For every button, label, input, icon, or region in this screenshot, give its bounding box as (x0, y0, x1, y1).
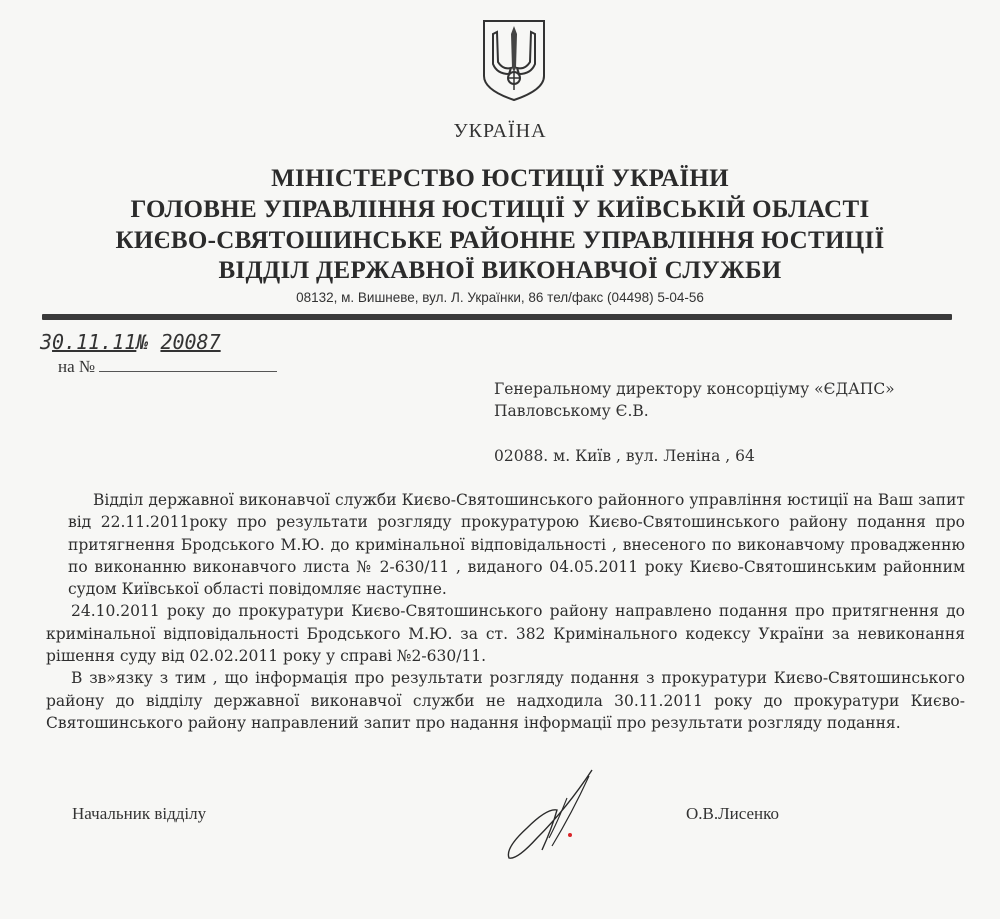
body-paragraph-1: Відділ державної виконавчої служби Києво… (68, 489, 965, 600)
outgoing-date-prefix: 3 (40, 330, 52, 354)
recipient-address: 02088. м. Київ , вул. Леніна , 64 (494, 447, 755, 465)
outgoing-date: 0.11.11 (52, 330, 136, 354)
reference-blank-line (99, 371, 277, 372)
country-name: УКРАЇНА (0, 120, 1000, 143)
number-label: № (136, 330, 148, 354)
handwritten-signature-icon (497, 768, 607, 868)
sender-address: 08132, м. Вишневе, вул. Л. Українки, 86 … (0, 290, 1000, 305)
outgoing-number: 30.11.11№ 20087 (40, 330, 221, 354)
ukraine-trident-icon (481, 18, 547, 102)
ministry-heading: МІНІСТЕРСТВО ЮСТИЦІЇ УКРАЇНИ (0, 165, 1000, 193)
outgoing-number-value: 20087 (160, 330, 220, 354)
signatory-name: О.В.Лисенко (686, 804, 779, 824)
reference-number: на № (58, 357, 277, 377)
body-paragraph-3: В зв»язку з тим , що інформація про резу… (46, 667, 965, 734)
recipient-block: Генеральному директору консорціуму «ЄДАП… (494, 378, 895, 422)
main-department-heading: ГОЛОВНЕ УПРАВЛІННЯ ЮСТИЦІЇ У КИЇВСЬКІЙ О… (0, 196, 1000, 224)
recipient-name: Павловському Є.В. (494, 400, 895, 422)
red-ink-dot (568, 833, 572, 837)
reference-label: на № (58, 357, 95, 376)
enforcement-service-heading: ВІДДІЛ ДЕРЖАВНОЇ ВИКОНАВЧОЇ СЛУЖБИ (0, 257, 1000, 285)
letter-body: Відділ державної виконавчої служби Києво… (72, 489, 965, 734)
body-paragraph-2: 24.10.2011 року до прокуратури Києво-Свя… (46, 600, 965, 667)
letterhead-divider (42, 314, 952, 320)
district-department-heading: КИЄВО-СВЯТОШИНСЬКЕ РАЙОННЕ УПРАВЛІННЯ ЮС… (0, 227, 1000, 255)
recipient-position: Генеральному директору консорціуму «ЄДАП… (494, 378, 895, 400)
signatory-title: Начальник відділу (72, 804, 206, 824)
